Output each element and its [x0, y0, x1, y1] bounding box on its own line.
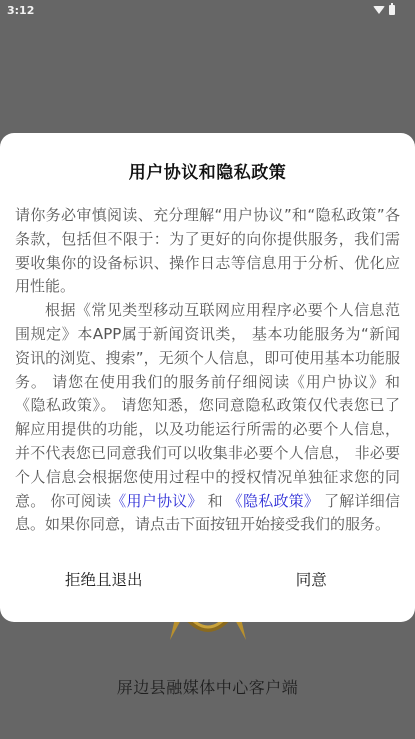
battery-icon — [389, 5, 395, 15]
dialog-body: 请你务必审慎阅读、充分理解“用户协议”和“隐私政策”各条款，包括但不限于：为了更… — [15, 204, 400, 537]
connector-text: 和 — [203, 492, 228, 510]
dialog-title: 用户协议和隐私政策 — [0, 158, 415, 183]
privacy-dialog: 用户协议和隐私政策 请你务必审慎阅读、充分理解“用户协议”和“隐私政策”各条款，… — [0, 133, 415, 622]
user-agreement-link[interactable]: 《用户协议》 — [111, 492, 202, 510]
privacy-policy-link[interactable]: 《隐私政策》 — [228, 492, 319, 510]
dialog-actions: 拒绝且退出 同意 — [0, 559, 415, 599]
status-icons — [373, 5, 395, 15]
splash-app-name: 屏边县融媒体中心客户端 — [0, 675, 415, 698]
status-bar: 3:12 — [0, 0, 415, 20]
wifi-icon — [373, 6, 385, 14]
policy-paragraph-text: 根据《常见类型移动互联网应用程序必要个人信息范围规定》本APP属于新闻资讯类， … — [15, 301, 400, 509]
reject-exit-button[interactable]: 拒绝且退出 — [0, 559, 208, 599]
status-time: 3:12 — [7, 4, 34, 17]
intro-paragraph: 请你务必审慎阅读、充分理解“用户协议”和“隐私政策”各条款，包括但不限于：为了更… — [15, 204, 400, 299]
agree-button[interactable]: 同意 — [208, 559, 415, 599]
policy-paragraph: 根据《常见类型移动互联网应用程序必要个人信息范围规定》本APP属于新闻资讯类， … — [15, 299, 400, 537]
